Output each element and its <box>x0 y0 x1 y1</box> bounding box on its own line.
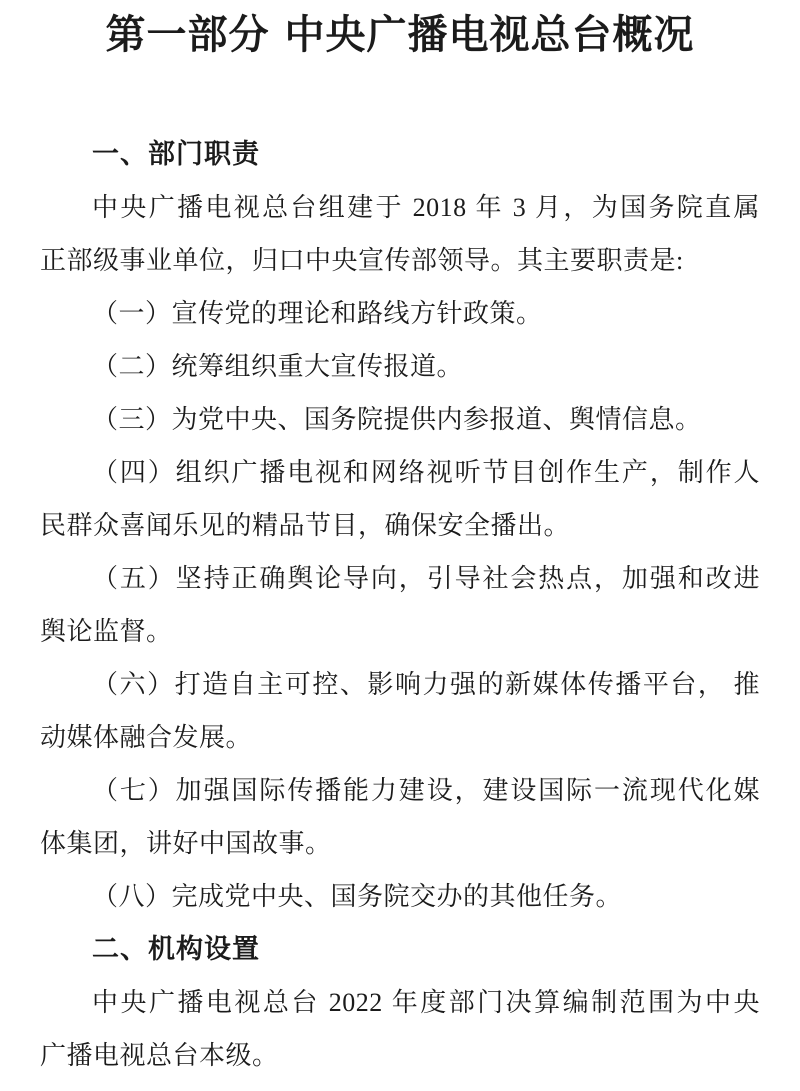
document-body: 一、部门职责 中央广播电视总台组建于 2018 年 3 月，为国务院直属 正部级… <box>0 128 800 1082</box>
body-line: （五）坚持正确舆论导向，引导社会热点，加强和改进 <box>40 552 760 605</box>
body-line: 舆论监督。 <box>40 605 760 658</box>
body-line: 体集团，讲好中国故事。 <box>40 817 760 870</box>
body-line: （四）组织广播电视和网络视听节目创作生产，制作人 <box>40 446 760 499</box>
body-line: 广播电视总台本级。 <box>40 1029 760 1082</box>
section-heading-2: 二、机构设置 <box>40 923 760 976</box>
body-line: 中央广播电视总台 2022 年度部门决算编制范围为中央 <box>40 976 760 1029</box>
document-title: 第一部分 中央广播电视总台概况 <box>0 0 800 60</box>
body-line: 民群众喜闻乐见的精品节目，确保安全播出。 <box>40 499 760 552</box>
document-page: 第一部分 中央广播电视总台概况 一、部门职责 中央广播电视总台组建于 2018 … <box>0 0 800 1091</box>
body-line: 动媒体融合发展。 <box>40 711 760 764</box>
body-line: 中央广播电视总台组建于 2018 年 3 月，为国务院直属 <box>40 181 760 234</box>
body-line: （二）统筹组织重大宣传报道。 <box>40 340 760 393</box>
body-line: 正部级事业单位，归口中央宣传部领导。其主要职责是: <box>40 234 760 287</box>
body-line: （八）完成党中央、国务院交办的其他任务。 <box>40 870 760 923</box>
body-line: （七）加强国际传播能力建设，建设国际一流现代化媒 <box>40 764 760 817</box>
body-line: （三）为党中央、国务院提供内参报道、舆情信息。 <box>40 393 760 446</box>
body-line: （一）宣传党的理论和路线方针政策。 <box>40 287 760 340</box>
body-line: （六）打造自主可控、影响力强的新媒体传播平台， 推 <box>40 658 760 711</box>
section-heading-1: 一、部门职责 <box>40 128 760 181</box>
